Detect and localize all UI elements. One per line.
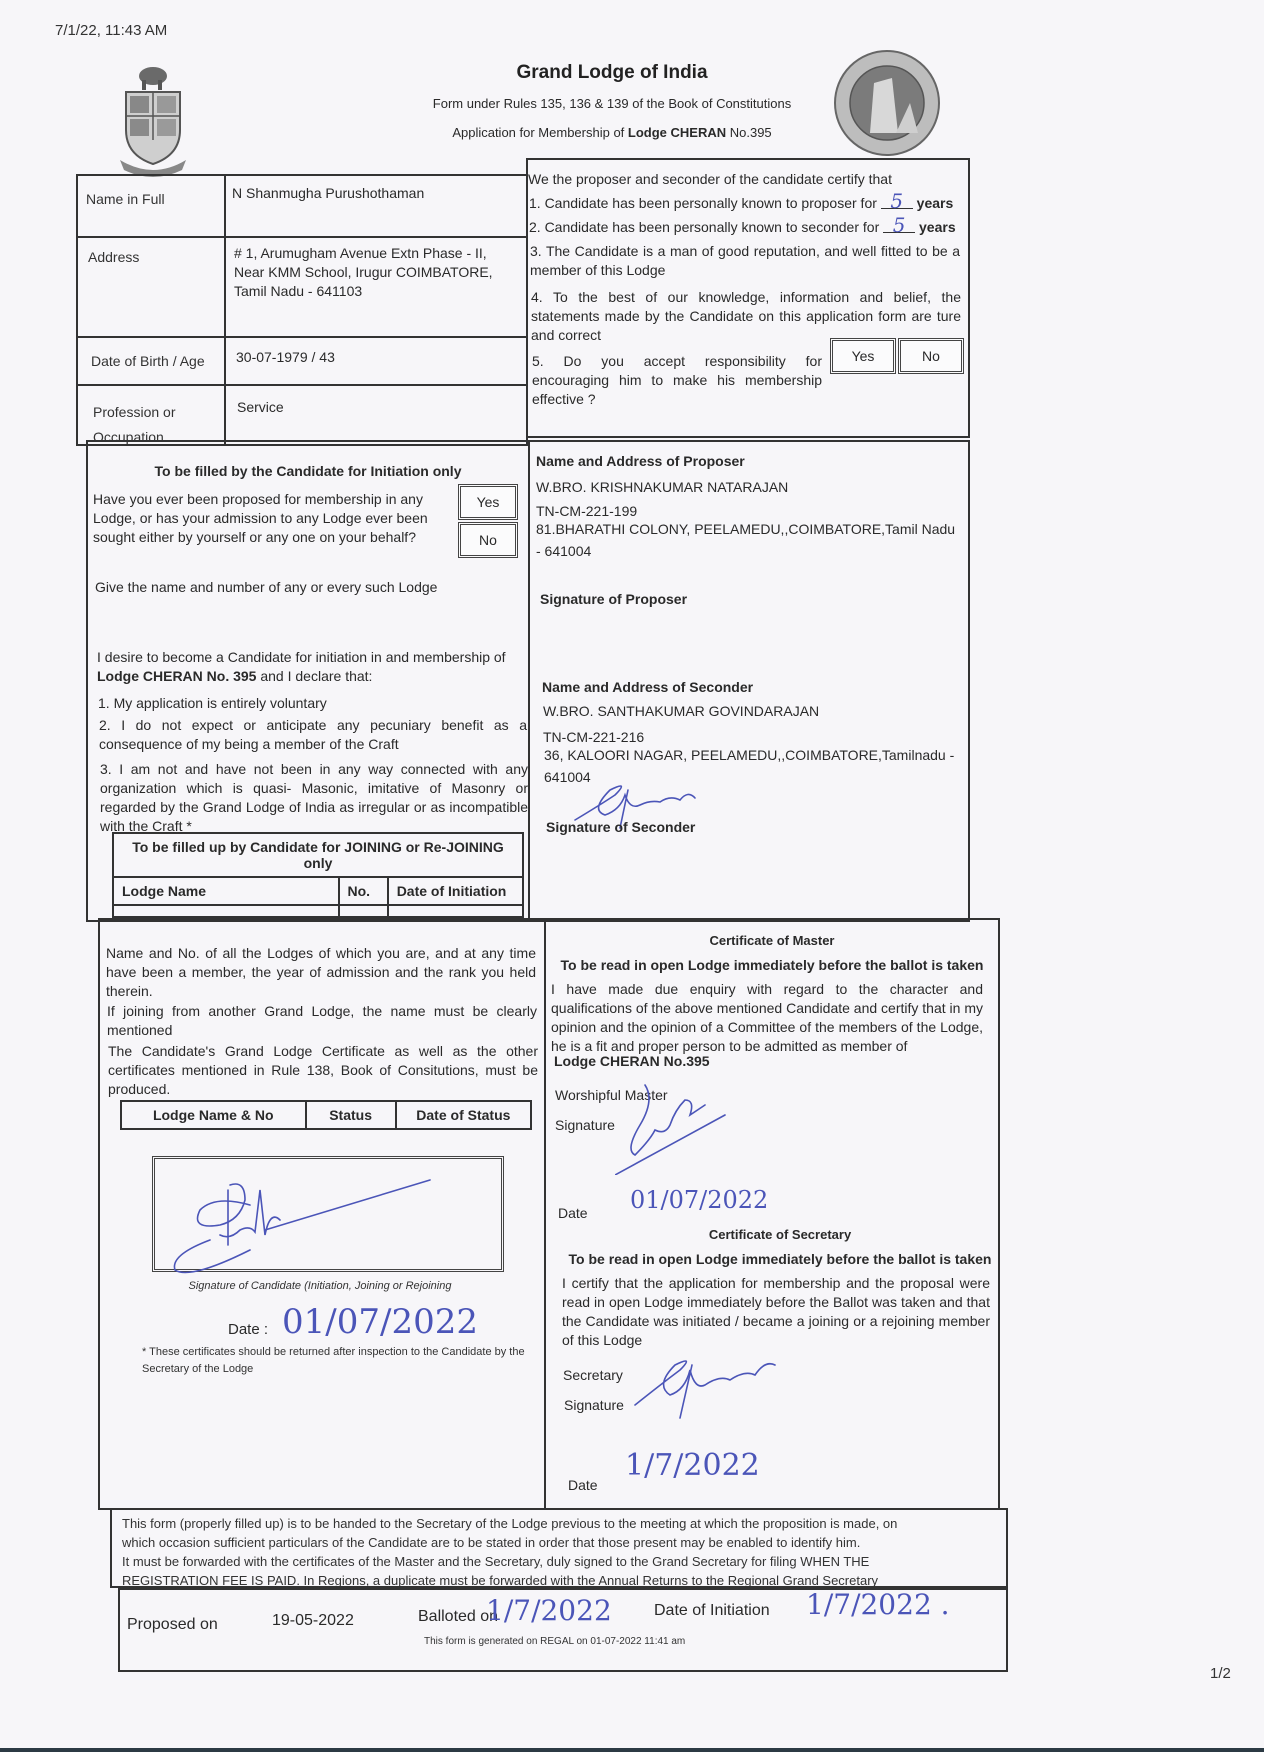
document-title: Grand Lodge of India [0, 62, 1244, 84]
proposer-signature-label: Signature of Proposer [540, 590, 687, 609]
col-no: No. [339, 877, 388, 905]
candidate-signature-icon [170, 1170, 450, 1290]
certify-item-3: 3. The Candidate is a man of good reputa… [530, 242, 960, 280]
proposed-before-yes-checkbox[interactable]: Yes [458, 484, 518, 520]
dob-label: Date of Birth / Age [91, 352, 205, 372]
initiation-question: Have you ever been proposed for membersh… [93, 490, 443, 547]
seconder-years-field[interactable]: 5 [883, 218, 915, 233]
proposed-on-value: 19-05-2022 [272, 1610, 354, 1632]
col-date-of-initiation: Date of Initiation [388, 877, 523, 905]
seconder-name: W.BRO. SANTHAKUMAR GOVINDARAJAN [543, 702, 819, 721]
col-date-of-status: Date of Status [396, 1101, 531, 1129]
bottom-border [0, 1748, 1264, 1752]
generated-note: This form is generated on REGAL on 01-07… [424, 1636, 685, 1647]
candidate-profession: Service [237, 398, 284, 417]
lodges-history-para-2: If joining from another Grand Lodge, the… [107, 1002, 537, 1040]
lodges-history-table: Lodge Name & No Status Date of Status [120, 1100, 532, 1130]
candidate-date-value[interactable]: 01/07/2022 [282, 1302, 478, 1342]
secretary-signature-icon [630, 1330, 790, 1420]
candidate-address: # 1, Arumugham Avenue Extn Phase - II, N… [234, 244, 519, 301]
certify-item-5: 5. Do you accept responsibility for enco… [532, 352, 822, 409]
certify-item-4: 4. To the best of our knowledge, informa… [531, 288, 961, 345]
form-instructions: This form (properly filled up) is to be … [122, 1514, 1002, 1590]
master-signature-icon [615, 1080, 735, 1175]
secretary-role-label: Secretary [563, 1366, 623, 1385]
col-lodge-name: Lodge Name [113, 877, 339, 905]
proposer-years-field[interactable]: 5 [881, 194, 913, 209]
declaration-intro: I desire to become a Candidate for initi… [97, 648, 527, 686]
master-cert-lodge: Lodge CHERAN No.395 [554, 1052, 710, 1071]
master-date-value[interactable]: 01/07/2022 [630, 1186, 768, 1214]
joining-date-cell[interactable] [388, 905, 523, 917]
joining-lodge-name-cell[interactable] [113, 905, 339, 917]
certify-intro: We the proposer and seconder of the cand… [528, 170, 958, 189]
page-number: 1/2 [1210, 1665, 1231, 1682]
joining-table: To be filled up by Candidate for JOINING… [112, 832, 524, 918]
give-lodge-name-prompt: Give the name and number of any or every… [95, 578, 437, 597]
responsibility-no-checkbox[interactable]: No [898, 338, 964, 374]
lodges-history-para-3: The Candidate's Grand Lodge Certificate … [108, 1042, 538, 1099]
regional-seal-logo [830, 48, 944, 158]
document-subtitle: Form under Rules 135, 136 & 139 of the B… [0, 96, 1244, 111]
col-status: Status [306, 1101, 396, 1129]
lodge-name: Lodge CHERAN [628, 125, 726, 140]
declaration-1: 1. My application is entirely voluntary [98, 694, 528, 713]
master-cert-subtitle: To be read in open Lodge immediately bef… [546, 956, 998, 975]
secretary-cert-subtitle: To be read in open Lodge immediately bef… [560, 1250, 1000, 1269]
proposer-heading: Name and Address of Proposer [536, 452, 745, 471]
application-line: Application for Membership of Lodge CHER… [0, 125, 1244, 140]
proposer-name: W.BRO. KRISHNAKUMAR NATARAJAN [536, 478, 788, 497]
candidate-dob: 30-07-1979 / 43 [236, 348, 335, 367]
print-timestamp: 7/1/22, 11:43 AM [55, 22, 167, 39]
master-cert-body: I have made due enquiry with regard to t… [551, 980, 983, 1056]
candidate-name: N Shanmugha Purushothaman [232, 184, 424, 203]
responsibility-yes-checkbox[interactable]: Yes [830, 338, 896, 374]
proposer-address: 81.BHARATHI COLONY, PEELAMEDU,,COIMBATOR… [536, 518, 956, 562]
seconder-signature-label: Signature of Seconder [546, 818, 695, 837]
master-date-label: Date [558, 1204, 588, 1223]
declaration-2: 2. I do not expect or anticipate any pec… [99, 716, 527, 754]
address-label: Address [88, 248, 139, 268]
joining-no-cell[interactable] [339, 905, 388, 917]
name-label: Name in Full [86, 190, 165, 210]
date-of-initiation-label: Date of Initiation [654, 1600, 770, 1622]
certify-item-2: 2. Candidate has been personally known t… [529, 218, 959, 237]
proposed-before-no-checkbox[interactable]: No [458, 522, 518, 558]
col-lodge-name-no: Lodge Name & No [121, 1101, 306, 1129]
master-cert-title: Certificate of Master [546, 932, 998, 950]
certify-item-1: 1. Candidate has been personally known t… [529, 194, 959, 213]
certificates-footnote: * These certificates should be returned … [142, 1344, 542, 1377]
master-signature-label: Signature [555, 1116, 615, 1135]
date-of-initiation-value[interactable]: 1/7/2022 . [806, 1588, 950, 1621]
declaration-3: 3. I am not and have not been in any way… [100, 760, 528, 836]
joining-table-heading: To be filled up by Candidate for JOINING… [113, 833, 523, 877]
candidate-signature-caption: Signature of Candidate (Initiation, Join… [100, 1280, 540, 1292]
secretary-date-label: Date [568, 1476, 598, 1495]
lodges-history-para-1: Name and No. of all the Lodges of which … [106, 944, 536, 1001]
proposed-on-label: Proposed on [127, 1614, 218, 1636]
balloted-on-value[interactable]: 1/7/2022 [486, 1594, 612, 1627]
candidate-date-label: Date : [228, 1320, 268, 1340]
secretary-date-value[interactable]: 1/7/2022 [625, 1448, 760, 1483]
seconder-heading: Name and Address of Seconder [542, 678, 753, 697]
initiation-heading: To be filled by the Candidate for Initia… [86, 462, 530, 481]
secretary-signature-label: Signature [564, 1396, 624, 1415]
secretary-cert-title: Certificate of Secretary [560, 1226, 1000, 1244]
